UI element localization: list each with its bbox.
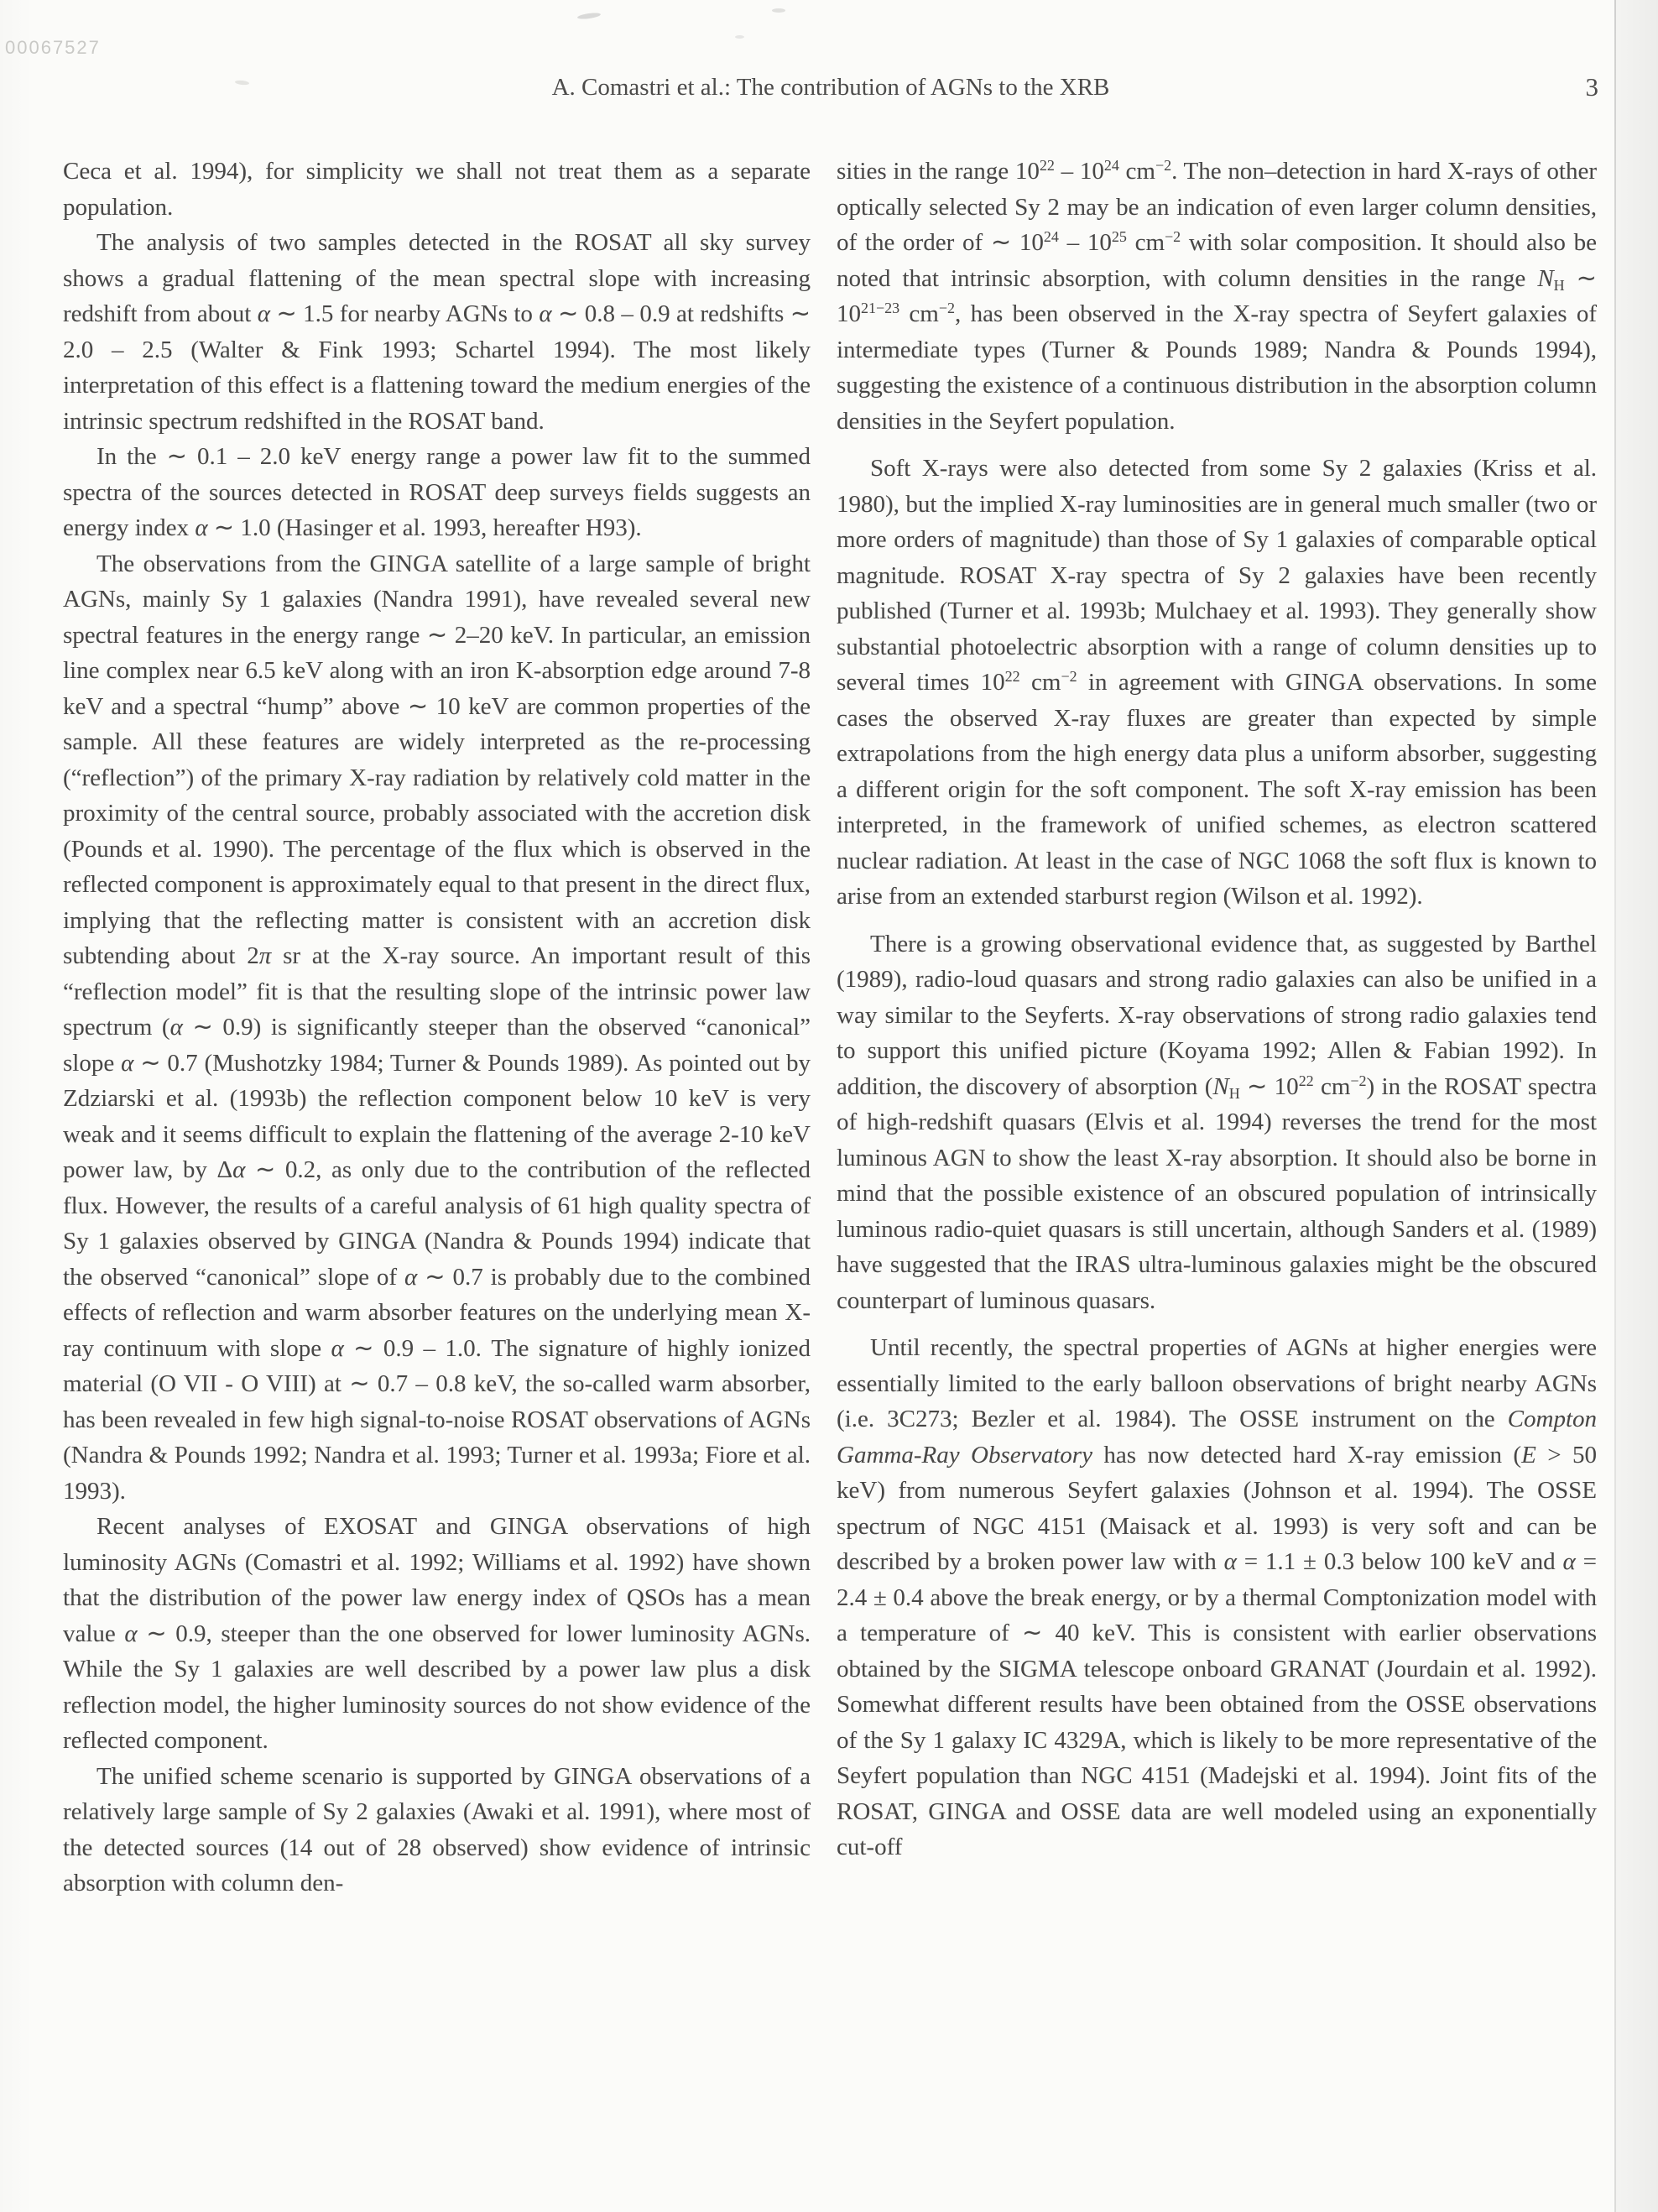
scan-smudge <box>772 8 785 13</box>
paragraph: Soft X-rays were also detected from some… <box>837 451 1597 915</box>
scan-smudge <box>577 12 602 20</box>
paragraph: There is a growing observational evidenc… <box>837 926 1597 1319</box>
paragraph: The observations from the GINGA satellit… <box>63 546 811 1510</box>
paragraph: The unified scheme scenario is supported… <box>63 1759 811 1902</box>
running-header-title: A. Comastri et al.: The contribution of … <box>63 74 1598 102</box>
left-column: Ceca et al. 1994), for simplicity we sha… <box>63 154 811 1902</box>
paragraph: Ceca et al. 1994), for simplicity we sha… <box>63 154 811 225</box>
page-number: 3 <box>1548 72 1598 102</box>
paragraph: In the ∼ 0.1 – 2.0 keV energy range a po… <box>63 439 811 546</box>
right-column: sities in the range 1022 – 1024 cm−2. Th… <box>837 154 1597 1865</box>
scan-smudge <box>735 35 744 39</box>
scan-corner-number: 00067527 <box>5 37 101 59</box>
paragraph: Until recently, the spectral properties … <box>837 1330 1597 1865</box>
scanned-paper-page: 00067527 A. Comastri et al.: The contrib… <box>0 0 1658 2212</box>
scan-artifact-edge-band <box>1616 0 1658 2212</box>
paragraph: The analysis of two samples detected in … <box>63 225 811 439</box>
paragraph: sities in the range 1022 – 1024 cm−2. Th… <box>837 154 1597 439</box>
paragraph: Recent analyses of EXOSAT and GINGA obse… <box>63 1509 811 1759</box>
